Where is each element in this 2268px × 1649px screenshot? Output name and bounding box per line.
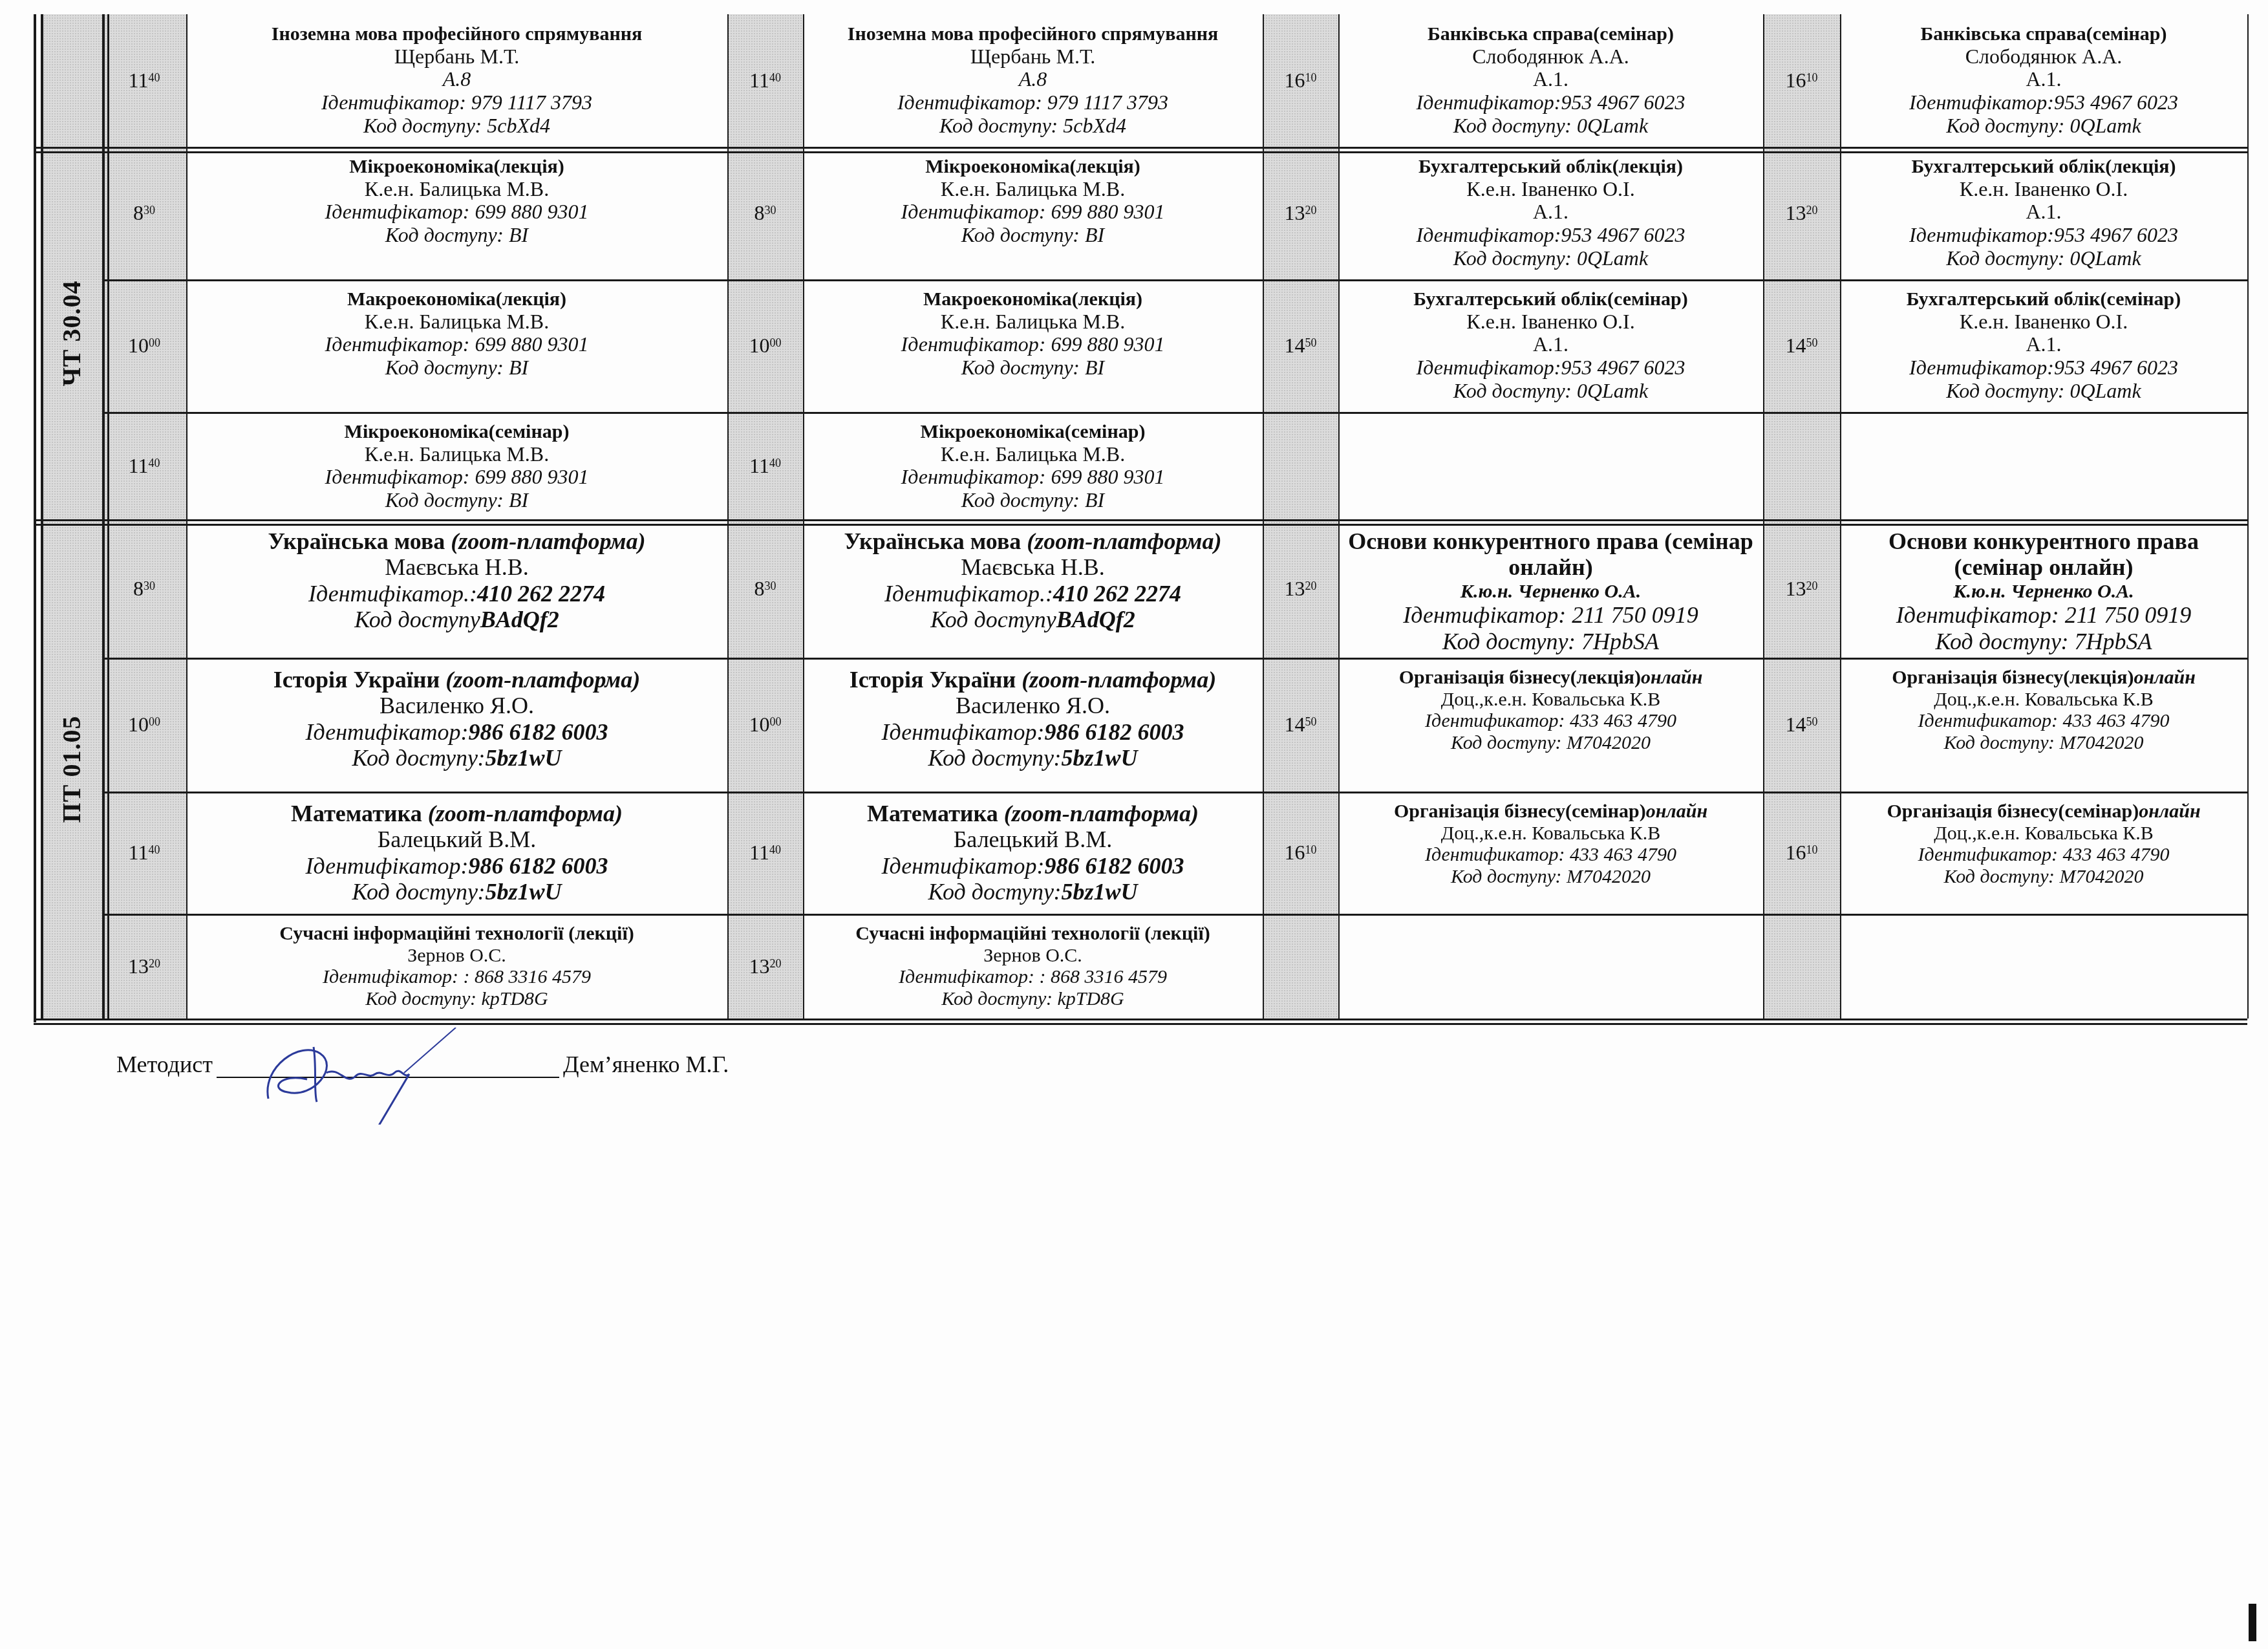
access-code-label: Код доступу:	[1935, 629, 2068, 654]
conference-id-label: Ідентифікатор:	[901, 465, 1046, 488]
access-code-value: kpTD8G	[1053, 988, 1124, 1009]
access-code-line: Код доступуBAdQf2	[354, 607, 559, 632]
lesson-teacher: Щербань М.Т.	[970, 45, 1095, 68]
lesson-room: A.8	[1019, 67, 1047, 91]
access-code-line: Код доступу: 5cbXd4	[363, 114, 550, 138]
conference-id-value: 986 6182 6003	[468, 719, 608, 745]
row-divider	[102, 412, 2247, 414]
access-code-label: Код доступу	[930, 607, 1056, 632]
conference-id-label: Ідентификатор:	[1918, 844, 2058, 865]
conference-id-line: Ідентифікатор:986 6182 6003	[306, 853, 608, 879]
conference-id-label: Ідентифікатор:	[1896, 602, 2059, 628]
time-slot: 830	[102, 147, 186, 279]
conference-id-line: Ідентифікатор: 979 1117 3793	[897, 91, 1168, 114]
lesson-teacher: Василенко Я.О.	[956, 693, 1110, 718]
lesson-cell: Сучасні інформаційні технології (лекції)…	[189, 918, 725, 1016]
conference-id-label: Ідентифікатор:	[321, 91, 466, 114]
access-code-value: 7HpbSA	[2069, 629, 2152, 654]
lesson-cell: Мікроекономіка(семінар)К.е.н. Балицька М…	[806, 416, 1260, 517]
time-slot: 830	[727, 147, 803, 279]
time-slot: 1610	[1763, 792, 1840, 914]
lesson-teacher: К.е.н. Іваненко О.І.	[1960, 310, 2128, 333]
lesson-teacher: Доц.,к.е.н. Ковальська К.В	[1441, 823, 1660, 844]
access-code-label: Код доступу:	[1453, 114, 1572, 137]
access-code-value: BAdQf2	[1056, 607, 1135, 632]
time-slot: 830	[102, 519, 186, 658]
access-code-label: Код доступу:	[365, 988, 476, 1009]
access-code-line: Код доступу: M7042020	[1451, 866, 1651, 888]
conference-id-line: Ідентификатор: 433 463 4790	[1425, 844, 1676, 866]
lesson-teacher: К.е.н. Іваненко О.І.	[1960, 177, 2128, 200]
time-minutes: 30	[765, 204, 776, 217]
time-slot: 1450	[1263, 279, 1338, 412]
conference-id-value: 433 463 4790	[2058, 710, 2170, 731]
lesson-teacher: К.е.н. Балицька М.В.	[941, 177, 1125, 200]
conference-id-label: Ідентифікатор:	[1417, 356, 1561, 379]
access-code-value: ВІ	[1080, 223, 1104, 246]
time-minutes: 40	[148, 71, 160, 85]
lesson-cell: Українська мова (zoom-платформа)Маєвська…	[189, 523, 725, 655]
access-code-label: Код доступу:	[1943, 866, 2055, 887]
time-slot: 1450	[1763, 279, 1840, 412]
row-divider	[34, 1018, 2247, 1020]
lesson-format-note: (zoom-платформа)	[445, 528, 645, 554]
conference-id-value: 211 750 0919	[2059, 602, 2191, 628]
time-hour: 11	[129, 69, 149, 92]
time-hour: 11	[749, 841, 769, 865]
lesson-cell: Організація бізнесу(семінар)онлайнДоц.,к…	[1341, 795, 1760, 911]
access-code-value: 5cbXd4	[1058, 114, 1126, 137]
conference-id-value: 433 463 4790	[1565, 844, 1677, 865]
lesson-teacher: Слободянюк А.А.	[1965, 45, 2122, 68]
lesson-format-note: онлайн	[1646, 801, 1707, 822]
conference-id-value: 979 1117 3793	[1042, 91, 1168, 114]
time-slot: 1320	[102, 914, 186, 1018]
lesson-cell: Іноземна мова професійного спрямуванняЩе…	[806, 18, 1260, 144]
conference-id-label: Ідентифікатор:	[882, 719, 1045, 745]
lesson-teacher: К.е.н. Балицька М.В.	[365, 310, 549, 333]
access-code-value: ВІ	[504, 356, 528, 379]
row-divider	[102, 279, 2247, 281]
time-hour: 8	[754, 577, 765, 601]
access-code-line: Код доступу: ВІ	[385, 356, 528, 380]
lesson-cell: Мікроекономіка(лекція)К.е.н. Балицька М.…	[189, 151, 725, 277]
access-code-value: 5bz1wU	[486, 879, 562, 905]
time-minutes: 50	[1806, 715, 1818, 729]
conference-id-label: Ідентифікатор.:	[884, 581, 1053, 607]
conference-id-label: Ідентифікатор:	[901, 200, 1046, 223]
time-hour: 10	[128, 334, 149, 358]
access-code-label: Код доступу:	[961, 223, 1080, 246]
time-hour: 14	[1786, 334, 1806, 358]
access-code-value: 0QLamk	[2064, 379, 2141, 402]
lesson-format-note: (zoom-платформа)	[998, 801, 1199, 826]
time-hour: 11	[129, 454, 149, 478]
conference-id-label: Ідентифікатор:	[1909, 356, 2054, 379]
time-minutes: 50	[1305, 715, 1317, 729]
access-code-line: Код доступу: ВІ	[961, 489, 1104, 512]
conference-id-value: 699 880 9301	[1045, 200, 1164, 223]
access-code-value: 0QLamk	[2064, 114, 2141, 137]
conference-id-line: Ідентифікатор:953 4967 6023	[1417, 356, 1685, 380]
conference-id-label: Ідентифікатор:	[1403, 602, 1566, 628]
lesson-subject: Організація бізнесу(лекція)онлайн	[1892, 667, 2196, 689]
access-code-value: kpTD8G	[476, 988, 548, 1009]
access-code-label: Код доступу:	[1451, 732, 1562, 753]
conference-id-value: 953 4967 6023	[2054, 356, 2178, 379]
access-code-line: Код доступу:5bz1wU	[352, 745, 561, 771]
time-minutes: 20	[1806, 579, 1818, 593]
lesson-format-note: онлайн	[1641, 667, 1702, 688]
time-minutes: 30	[144, 579, 155, 593]
lesson-cell: Історія України (zoom-платформа)Василенк…	[189, 662, 725, 789]
time-hour: 13	[749, 954, 770, 978]
signature-block: Методист Дем’яненко М.Г.	[116, 1051, 729, 1078]
time-slot: 1000	[727, 279, 803, 412]
access-code-label: Код доступу:	[385, 356, 504, 379]
access-code-line: Код доступу: 5cbXd4	[939, 114, 1126, 138]
conference-id-value: 410 262 2274	[1053, 581, 1181, 607]
conference-id-line: Ідентифікатор: : 868 3316 4579	[323, 966, 591, 988]
access-code-label: Код доступу:	[1453, 379, 1572, 402]
access-code-label: Код доступу:	[352, 879, 485, 905]
lesson-subject: Історія України (zoom-платформа)	[850, 667, 1217, 693]
lesson-subject: Бухгалтерський облік(лекція)	[1911, 156, 2176, 178]
signer-role: Методист	[116, 1051, 213, 1078]
access-code-label: Код доступу:	[1946, 114, 2064, 137]
lesson-cell: Банківська справа(семінар)Слободянюк А.А…	[1843, 18, 2245, 144]
access-code-value: 5cbXd4	[482, 114, 550, 137]
time-slot: 1320	[1263, 147, 1338, 279]
lesson-cell: Макроекономіка(лекція)К.е.н. Балицька М.…	[806, 283, 1260, 409]
access-code-value: ВІ	[504, 488, 528, 512]
time-minutes: 20	[770, 957, 782, 971]
conference-id-label: Ідентифікатор:	[899, 966, 1034, 987]
scan-edge-mark	[2249, 1604, 2256, 1641]
conference-id-label: Ідентификатор:	[1425, 844, 1565, 865]
conference-id-value: 986 6182 6003	[1044, 853, 1184, 879]
lesson-teacher: Василенко Я.О.	[380, 693, 534, 718]
time-minutes: 20	[1305, 204, 1317, 217]
lesson-cell: Сучасні інформаційні технології (лекції)…	[806, 918, 1260, 1016]
access-code-label: Код доступу:	[939, 114, 1058, 137]
time-minutes: 50	[1806, 336, 1818, 350]
access-code-label: Код доступу:	[928, 879, 1061, 905]
time-hour: 10	[128, 713, 149, 737]
time-minutes: 40	[148, 843, 160, 857]
lesson-cell: Бухгалтерський облік(семінар)К.е.н. Іван…	[1341, 283, 1760, 409]
time-minutes: 40	[769, 71, 781, 85]
time-slot: 1320	[727, 914, 803, 1018]
lesson-subject: Сучасні інформаційні технології (лекції)	[279, 923, 634, 945]
access-code-value: 0QLamk	[1572, 114, 1648, 137]
conference-id-value: 211 750 0919	[1566, 602, 1698, 628]
access-code-line: Код доступу: 0QLamk	[1946, 247, 2141, 270]
lesson-format-note: (zoom-платформа)	[1016, 667, 1216, 693]
access-code-line: Код доступу: ВІ	[961, 224, 1104, 247]
lesson-teacher: К.е.н. Балицька М.В.	[941, 310, 1125, 333]
column-divider	[1840, 14, 1841, 1018]
conference-id-value: 699 880 9301	[469, 200, 588, 223]
access-code-line: Код доступу: kpTD8G	[365, 988, 548, 1010]
lesson-teacher: Щербань М.Т.	[394, 45, 519, 68]
time-hour: 8	[133, 577, 144, 601]
lesson-subject: Банківська справа(семінар)	[1920, 23, 2166, 45]
lesson-cell: Іноземна мова професійного спрямуванняЩе…	[189, 18, 725, 144]
access-code-label: Код доступу:	[1453, 246, 1572, 270]
lesson-subject: Українська мова (zoom-платформа)	[268, 528, 646, 554]
row-divider	[34, 147, 2247, 149]
time-minutes: 20	[149, 957, 160, 971]
access-code-value: 7HpbSA	[1576, 629, 1659, 654]
lesson-teacher: Маєвська Н.В.	[385, 554, 529, 580]
time-hour: 8	[754, 201, 765, 225]
time-hour: 16	[1786, 841, 1806, 865]
lesson-teacher: Доц.,к.е.н. Ковальська К.В	[1441, 689, 1660, 710]
access-code-label: Код доступу:	[385, 223, 504, 246]
day-label-text: ЧТ 30.04	[56, 280, 87, 386]
time-slot: 830	[727, 519, 803, 658]
access-code-value: ВІ	[504, 223, 528, 246]
lesson-subject: Математика (zoom-платформа)	[291, 801, 623, 826]
conference-id-line: Ідентифікатор: 699 880 9301	[325, 333, 589, 356]
row-divider	[34, 519, 2247, 521]
lesson-cell: Бухгалтерський облік(лекція)К.е.н. Іване…	[1843, 151, 2245, 277]
time-slot: 1610	[1763, 14, 1840, 147]
time-hour: 14	[1285, 713, 1305, 737]
access-code-line: Код доступу: ВІ	[961, 356, 1104, 380]
lesson-subject: Сучасні інформаційні технології (лекції)	[855, 923, 1210, 945]
access-code-value: 0QLamk	[1572, 379, 1648, 402]
time-hour: 16	[1285, 69, 1305, 92]
lesson-subject: Мікроекономіка(семінар)	[921, 421, 1146, 443]
access-code-line: Код доступу:5bz1wU	[352, 879, 561, 905]
lesson-room: А.1.	[1533, 200, 1568, 223]
conference-id-line: Ідентифікатор:953 4967 6023	[1417, 224, 1685, 247]
conference-id-line: Ідентифікатор: 699 880 9301	[325, 200, 589, 224]
access-code-value: ВІ	[1080, 356, 1104, 379]
lesson-teacher: К.ю.н. Черненко О.А.	[1460, 581, 1642, 602]
conference-id-value: 699 880 9301	[1045, 332, 1164, 356]
lesson-subject: Іноземна мова професійного спрямування	[272, 23, 643, 45]
conference-id-value: 986 6182 6003	[468, 853, 608, 879]
lesson-format-note: онлайн	[2139, 801, 2200, 822]
lesson-cell: Організація бізнесу(семінар)онлайнДоц.,к…	[1843, 795, 2245, 911]
row-divider	[102, 658, 2247, 660]
time-hour: 11	[749, 454, 769, 478]
time-hour: 8	[133, 201, 144, 225]
time-slot: 1140	[102, 14, 186, 147]
access-code-line: Код доступу: 7HpbSA	[1935, 629, 2152, 654]
access-code-label: Код доступу:	[1442, 629, 1576, 654]
lesson-teacher: К.е.н. Іваненко О.І.	[1466, 310, 1634, 333]
conference-id-line: Ідентифікатор: 699 880 9301	[901, 200, 1165, 224]
conference-id-line: Ідентификатор: 433 463 4790	[1918, 844, 2169, 866]
lesson-teacher: Зернов О.С.	[407, 945, 506, 966]
conference-id-label: Ідентифікатор.:	[308, 581, 477, 607]
access-code-line: Код доступу: 7HpbSA	[1442, 629, 1659, 654]
time-minutes: 20	[1806, 204, 1818, 217]
time-minutes: 00	[770, 336, 782, 350]
conference-id-line: Ідентифікатор:953 4967 6023	[1909, 356, 2178, 380]
time-hour: 11	[749, 69, 769, 92]
access-code-value: 5bz1wU	[486, 745, 562, 771]
lesson-subject: Бухгалтерський облік(семінар)	[1907, 288, 2181, 310]
conference-id-label: Ідентификатор:	[1425, 710, 1565, 731]
outer-border	[34, 14, 36, 1022]
lesson-subject: Іноземна мова професійного спрямування	[848, 23, 1219, 45]
time-slot: 1320	[1763, 519, 1840, 658]
conference-id-value: 953 4967 6023	[2054, 91, 2178, 114]
time-minutes: 00	[149, 715, 160, 729]
time-minutes: 40	[148, 457, 160, 470]
time-minutes: 40	[769, 457, 781, 470]
conference-id-value: 410 262 2274	[477, 581, 605, 607]
conference-id-line: Ідентифікатор:953 4967 6023	[1909, 91, 2178, 114]
access-code-line: Код доступу: M7042020	[1943, 866, 2143, 888]
conference-id-value: 433 463 4790	[1565, 710, 1677, 731]
conference-id-label: Ідентифікатор:	[323, 966, 458, 987]
conference-id-value: 699 880 9301	[469, 465, 588, 488]
conference-id-label: Ідентифікатор:	[1909, 223, 2054, 246]
time-minutes: 20	[1305, 579, 1317, 593]
lesson-cell: Математика (zoom-платформа)Балецький В.М…	[806, 795, 1260, 911]
time-slot: 1000	[102, 279, 186, 412]
access-code-label: Код доступу:	[941, 988, 1053, 1009]
conference-id-label: Ідентифікатор:	[897, 91, 1042, 114]
time-slot: 1140	[727, 792, 803, 914]
day-label-text: ПТ 01.05	[56, 715, 87, 823]
time-slot: 1320	[1763, 147, 1840, 279]
lesson-teacher: Балецький В.М.	[954, 826, 1113, 852]
access-code-value: 0QLamk	[1572, 246, 1648, 270]
lesson-subject: Макроекономіка(лекція)	[923, 288, 1142, 310]
conference-id-label: Ідентифікатор:	[901, 332, 1046, 356]
time-hour: 13	[1786, 201, 1806, 225]
time-minutes: 10	[1806, 843, 1818, 857]
time-hour: 13	[128, 954, 149, 978]
time-hour: 13	[1285, 201, 1305, 225]
lesson-cell: Організація бізнесу(лекція)онлайнДоц.,к.…	[1843, 662, 2245, 789]
access-code-line: Код доступу: 0QLamk	[1946, 380, 2141, 403]
access-code-label: Код доступу:	[363, 114, 482, 137]
lesson-subject: Банківська справа(семінар)	[1428, 23, 1674, 45]
conference-id-line: Ідентифікатор.:410 262 2274	[308, 581, 605, 607]
access-code-label: Код доступу:	[1451, 866, 1562, 887]
time-minutes: 10	[1305, 71, 1317, 85]
time-hour: 16	[1285, 841, 1305, 865]
access-code-value: BAdQf2	[480, 607, 559, 632]
lesson-teacher: К.е.н. Балицька М.В.	[941, 442, 1125, 466]
access-code-value: M7042020	[1562, 732, 1651, 753]
time-minutes: 30	[765, 579, 776, 593]
lesson-cell: Українська мова (zoom-платформа)Маєвська…	[806, 523, 1260, 655]
conference-id-label: Ідентифікатор:	[325, 465, 470, 488]
access-code-label: Код доступу:	[1946, 379, 2064, 402]
conference-id-line: Ідентифікатор: 699 880 9301	[325, 466, 589, 489]
access-code-value: M7042020	[2055, 732, 2144, 753]
conference-id-line: Ідентифікатор: 699 880 9301	[901, 466, 1165, 489]
time-slot: 1140	[727, 412, 803, 519]
lesson-teacher: Маєвська Н.В.	[961, 554, 1105, 580]
lesson-teacher: Балецький В.М.	[378, 826, 537, 852]
access-code-line: Код доступу:5bz1wU	[928, 745, 1137, 771]
lesson-cell: Мікроекономіка(семінар)К.е.н. Балицька М…	[189, 416, 725, 517]
conference-id-line: Ідентифікатор:986 6182 6003	[882, 853, 1184, 879]
lesson-teacher: Доц.,к.е.н. Ковальська К.В	[1934, 689, 2153, 710]
time-slot: 1140	[102, 792, 186, 914]
lesson-room: А.1.	[2026, 67, 2061, 91]
access-code-label: Код доступу:	[352, 745, 485, 771]
conference-id-line: Ідентифікатор:953 4967 6023	[1417, 91, 1685, 114]
row-divider-double	[34, 1023, 2247, 1025]
signature-line	[217, 1053, 559, 1078]
lesson-cell: Бухгалтерський облік(семінар)К.е.н. Іван…	[1843, 283, 2245, 409]
signer-name: Дем’яненко М.Г.	[563, 1051, 729, 1078]
time-slot: 1450	[1263, 658, 1338, 792]
lesson-cell: Основи конкурентного права (семінар онла…	[1843, 523, 2245, 655]
lesson-subject: Макроекономіка(лекція)	[347, 288, 566, 310]
time-minutes: 00	[770, 715, 782, 729]
conference-id-line: Ідентифікатор: 979 1117 3793	[321, 91, 592, 114]
lesson-subject: Основи конкурентного права (семінар онла…	[1843, 528, 2245, 581]
lesson-subject: Основи конкурентного права (семінар онла…	[1341, 528, 1760, 581]
lesson-teacher: Слободянюк А.А.	[1472, 45, 1629, 68]
day-label-thursday: ЧТ 30.04	[41, 147, 102, 519]
time-slot: 1000	[102, 658, 186, 792]
lesson-subject: Бухгалтерський облік(семінар)	[1413, 288, 1688, 310]
lesson-format-note: (zoom-платформа)	[1021, 528, 1221, 554]
conference-id-value: : 868 3316 4579	[1034, 966, 1167, 987]
access-code-label: Код доступу:	[1943, 732, 2055, 753]
time-slot: 1140	[727, 14, 803, 147]
row-divider	[102, 792, 2247, 793]
conference-id-value: 433 463 4790	[2058, 844, 2170, 865]
time-slot: 1320	[1263, 519, 1338, 658]
access-code-line: Код доступу: 0QLamk	[1453, 380, 1648, 403]
conference-id-value: 979 1117 3793	[466, 91, 592, 114]
lesson-room: А.1.	[2026, 332, 2061, 356]
lesson-subject: Історія України (zoom-платформа)	[273, 667, 641, 693]
conference-id-value: 953 4967 6023	[2054, 223, 2178, 246]
column-divider	[1338, 14, 1340, 1018]
time-slot: 1140	[102, 412, 186, 519]
access-code-line: Код доступу: 0QLamk	[1453, 247, 1648, 270]
time-slot: 1610	[1263, 14, 1338, 147]
conference-id-line: Ідентифікатор: 211 750 0919	[1403, 602, 1698, 628]
time-minutes: 10	[1305, 843, 1317, 857]
lesson-format-note: (zoom-платформа)	[422, 801, 623, 826]
time-minutes: 30	[144, 204, 155, 217]
time-minutes: 00	[149, 336, 160, 350]
time-hour: 13	[1786, 577, 1806, 601]
column-divider	[2247, 14, 2249, 1018]
time-slot: 1450	[1763, 658, 1840, 792]
schedule-sheet: 1140Іноземна мова професійного спрямуван…	[0, 0, 2268, 1649]
column-divider	[186, 14, 187, 1018]
conference-id-label: Ідентифікатор:	[1909, 91, 2054, 114]
lesson-cell: Математика (zoom-платформа)Балецький В.М…	[189, 795, 725, 911]
conference-id-line: Ідентификатор: 433 463 4790	[1918, 710, 2169, 732]
access-code-label: Код доступу:	[961, 488, 1080, 512]
access-code-value: 5bz1wU	[1062, 879, 1138, 905]
access-code-label: Код доступу	[354, 607, 480, 632]
lesson-teacher: Зернов О.С.	[983, 945, 1082, 966]
conference-id-line: Ідентифікатор: : 868 3316 4579	[899, 966, 1167, 988]
time-hour: 10	[749, 334, 770, 358]
time-hour: 13	[1285, 577, 1305, 601]
lesson-room: А.1.	[2026, 200, 2061, 223]
